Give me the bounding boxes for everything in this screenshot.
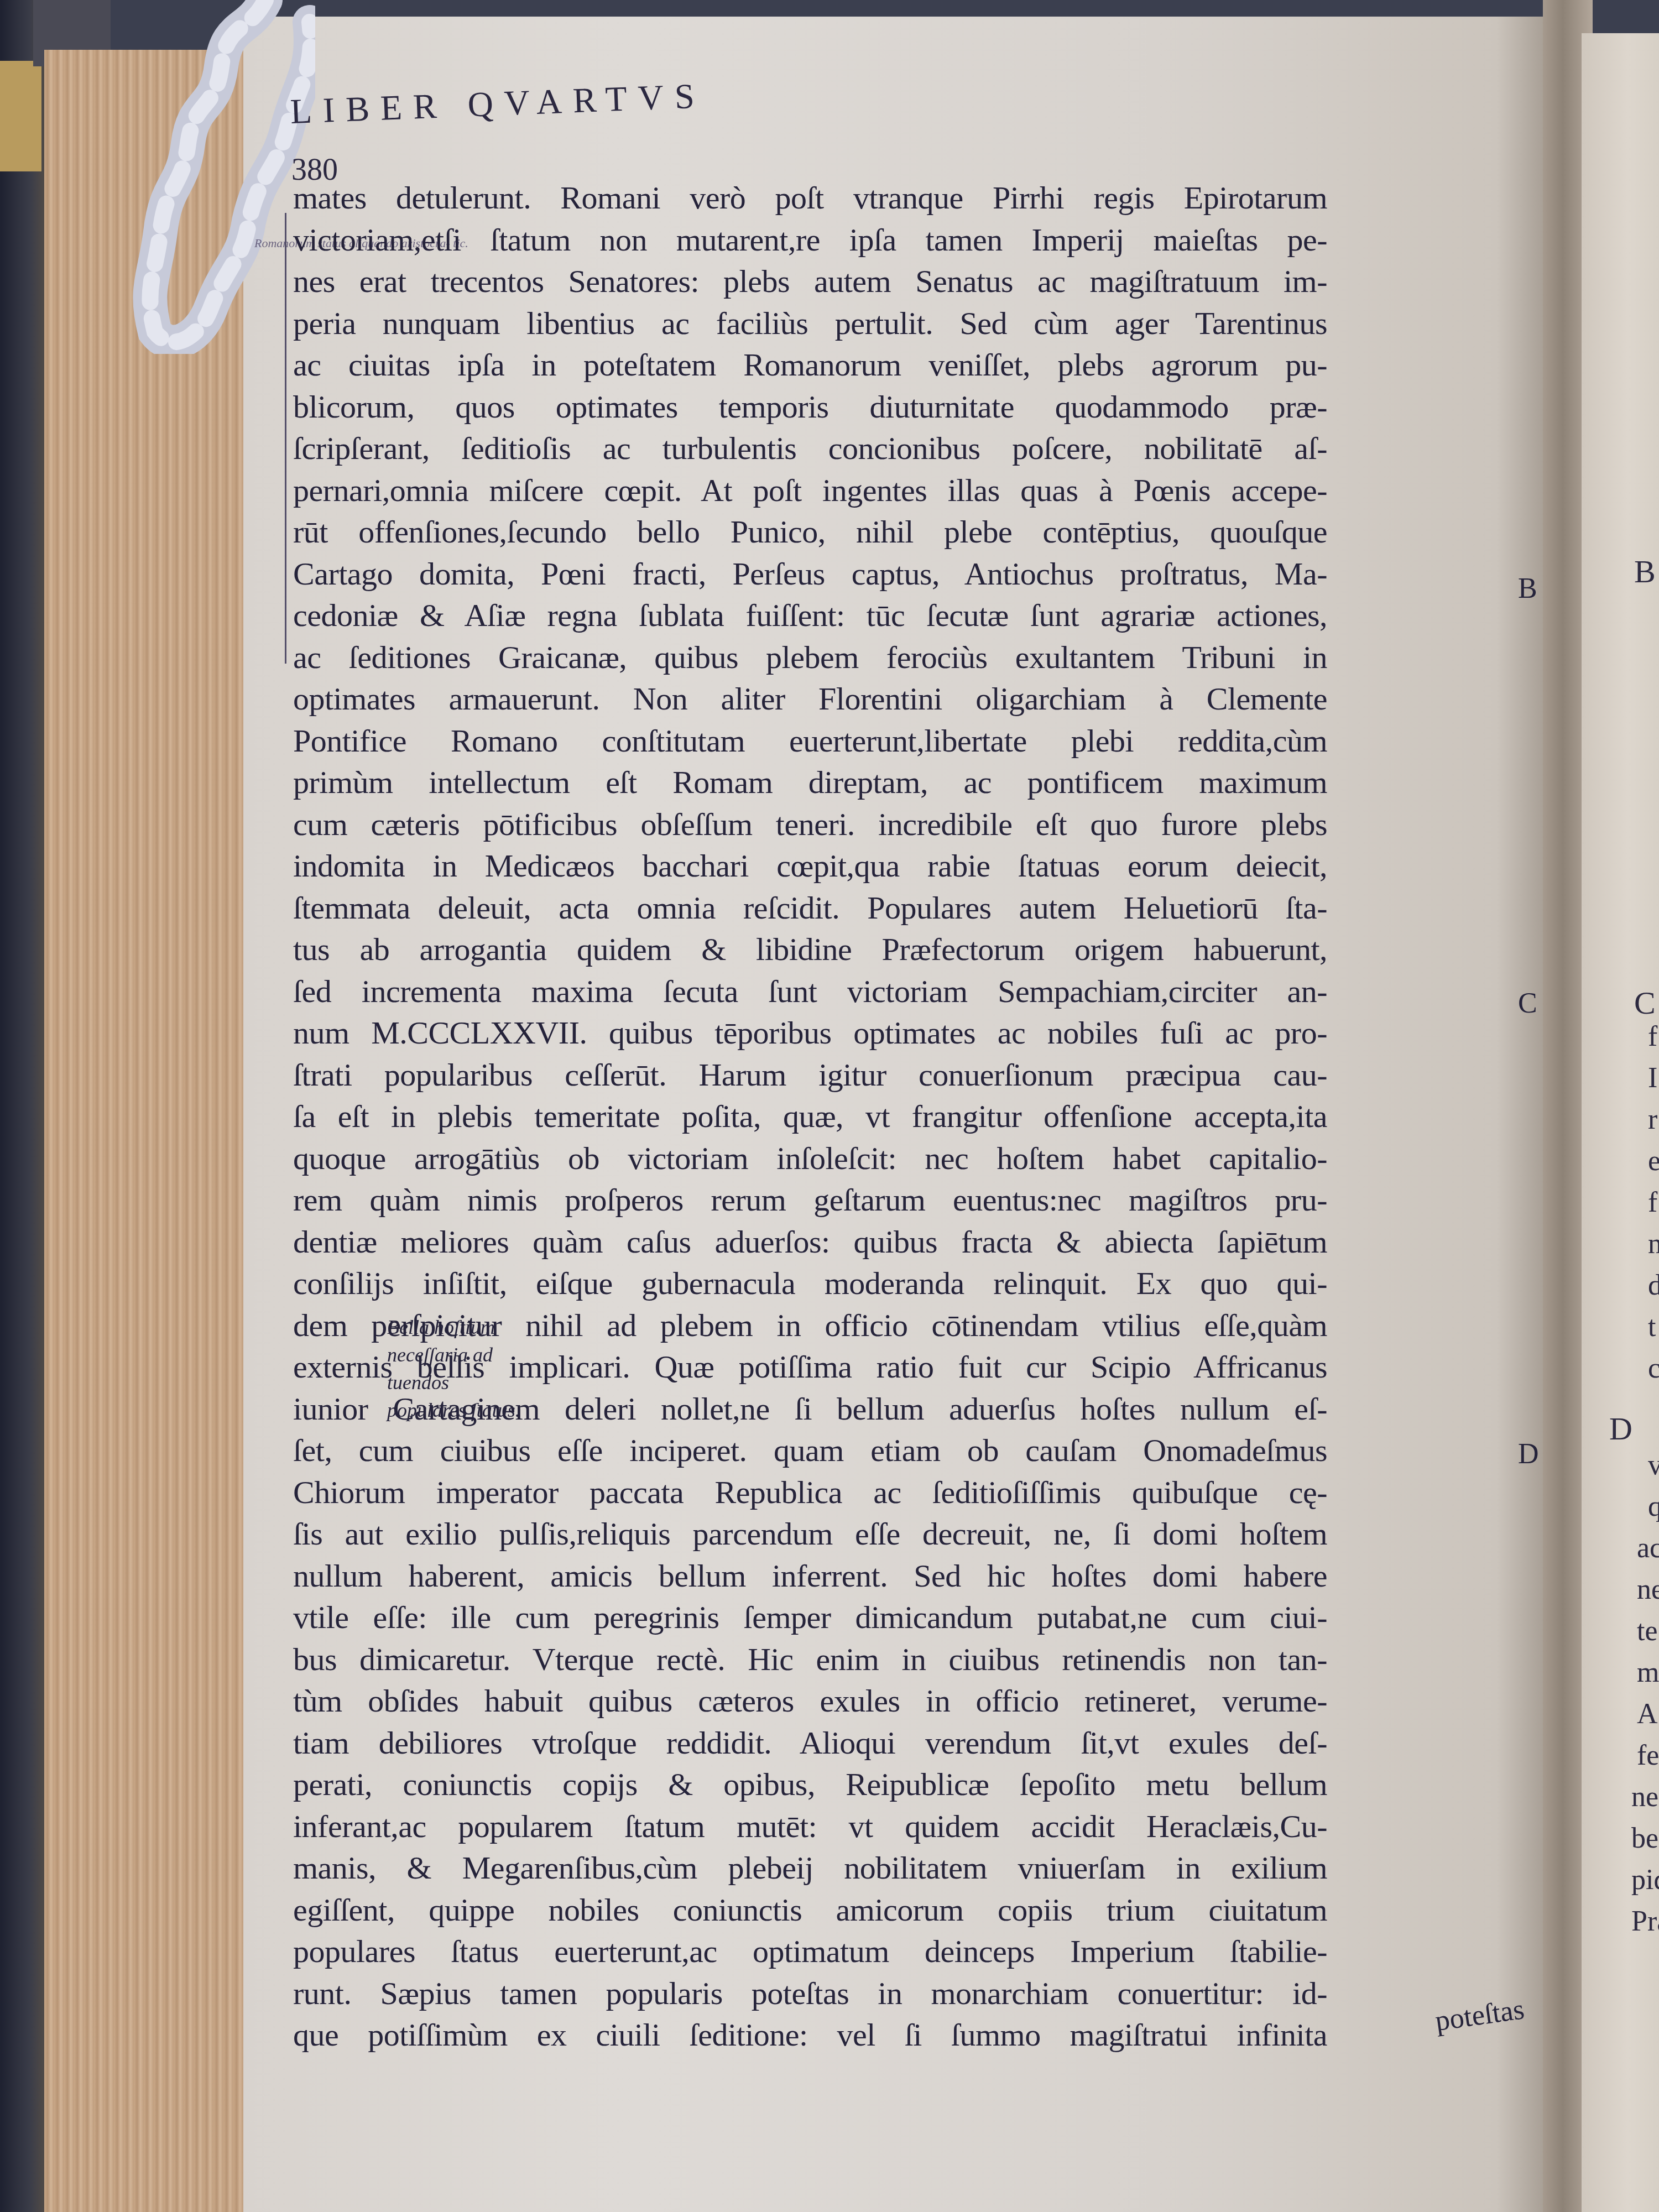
text-line: Chiorum imperator paccata Republica ac ſ… — [293, 1472, 1327, 1514]
text-line: ſis aut exilio pulſis,reliquis parcendum… — [293, 1513, 1327, 1555]
text-line: peria nunquam libentius ac faciliùs pert… — [293, 302, 1327, 345]
section-marker-b: B — [1518, 572, 1537, 605]
facing-text-fragment: pid — [1631, 1864, 1659, 1896]
text-line: ac ſeditiones Graicanæ, quibus plebem fe… — [293, 637, 1327, 679]
facing-text-fragment: Pra — [1631, 1905, 1659, 1938]
facing-text-fragment: ne — [1637, 1573, 1659, 1606]
text-line: blicorum, quos optimates temporis diutur… — [293, 386, 1327, 428]
text-line: vtile eſſe: ille cum peregrinis ſemper d… — [293, 1597, 1327, 1639]
facing-section-marker-b: B — [1634, 553, 1656, 590]
text-line: num M.CCCLXXVII. quibus tēporibus optima… — [293, 1012, 1327, 1054]
facing-section-marker-d: D — [1609, 1410, 1632, 1447]
text-line: ſed incrementa maxima ſecuta ſunt victor… — [293, 971, 1327, 1013]
facing-text-fragment: A — [1637, 1698, 1658, 1730]
facing-text-fragment: e — [1648, 1145, 1659, 1177]
text-line: perati, coniunctis copijs & opibus, Reip… — [293, 1764, 1327, 1806]
facing-text-fragment: c — [1648, 1352, 1659, 1385]
text-line: tùm obſides habuit quibus cæteros exules… — [293, 1680, 1327, 1722]
text-line: ſa eſt in plebis temeritate poſita, quæ,… — [293, 1095, 1327, 1138]
facing-text-fragment: d — [1648, 1269, 1659, 1302]
facing-text-fragment: m — [1637, 1656, 1659, 1689]
facing-text-fragment: ne — [1631, 1781, 1658, 1813]
text-line: rem quàm nimis proſperos rerum geſtarum … — [293, 1179, 1327, 1221]
facing-text-fragment: f — [1648, 1186, 1657, 1219]
text-line: victoriam,etſi ſtatum non mutarent,re ip… — [293, 219, 1327, 261]
text-line: dentiæ meliores quàm caſus aduerſos: qui… — [293, 1221, 1327, 1263]
text-line: optimates armauerunt. Non aliter Florent… — [293, 678, 1327, 720]
text-line: egiſſent, quippe nobiles coniunctis amic… — [293, 1889, 1327, 1931]
text-line: ac ciuitas ipſa in poteſtatem Romanorum … — [293, 344, 1327, 386]
facing-text-fragment: t — [1648, 1311, 1656, 1343]
facing-text-fragment: be — [1631, 1822, 1658, 1855]
text-line: bus dimicaretur. Vterque rectè. Hic enim… — [293, 1639, 1327, 1681]
cover-corner — [0, 61, 41, 171]
facing-text-fragment: ac — [1637, 1532, 1659, 1564]
text-line: que potiſſimùm ex ciuili ſeditione: vel … — [293, 2014, 1327, 2056]
facing-text-fragment: r — [1648, 1103, 1657, 1136]
body-text: mates detulerunt. Romani verò poſt vtran… — [293, 177, 1327, 2056]
text-line: conſilijs inſiſtit, eiſque gubernacula m… — [293, 1262, 1327, 1305]
text-line: rūt offenſiones,ſecundo bello Punico, ni… — [293, 511, 1327, 553]
text-line: tus ab arrogantia quidem & libidine Præf… — [293, 928, 1327, 971]
margin-note: Bella hoſtium neceſſaria ad tuendos popu… — [387, 1313, 531, 1424]
text-line: manis, & Megarenſibus,cùm plebeij nobili… — [293, 1847, 1327, 1889]
text-line: tiam debiliores vtroſque reddidit. Alioq… — [293, 1722, 1327, 1764]
section-marker-c: C — [1518, 987, 1537, 1020]
facing-text-fragment: v — [1648, 1449, 1659, 1481]
text-line: ſtrati popularibus ceſſerūt. Harum igitu… — [293, 1054, 1327, 1096]
text-line: Pontifice Romano conſtitutam euerterunt,… — [293, 720, 1327, 762]
text-line: populares ſtatus euerterunt,ac optimatum… — [293, 1931, 1327, 1973]
text-line: inferant,ac popularem ſtatum mutēt: vt q… — [293, 1806, 1327, 1848]
text-line: mates detulerunt. Romani verò poſt vtran… — [293, 177, 1327, 219]
facing-section-marker-c: C — [1634, 984, 1656, 1021]
text-line: pernari,omnia miſcere cœpit. At poſt ing… — [293, 469, 1327, 512]
facing-text-fragment: I — [1648, 1062, 1657, 1094]
text-line: Cartago domita, Pœni fracti, Perſeus cap… — [293, 553, 1327, 595]
facing-text-fragment: te — [1637, 1615, 1658, 1647]
text-line: nullum haberent, amicis bellum inferrent… — [293, 1555, 1327, 1597]
text-line: primùm intellectum eſt Romam direptam, a… — [293, 761, 1327, 804]
facing-text-fragment: fer — [1637, 1739, 1659, 1772]
facing-text-fragment: f — [1648, 1020, 1657, 1053]
text-line: runt. Sæpius tamen popularis poteſtas in… — [293, 1973, 1327, 2015]
text-line: nes erat trecentos Senatores: plebs aute… — [293, 260, 1327, 302]
page-block-fore-edge — [44, 50, 251, 2212]
facing-text-fragment: n — [1648, 1228, 1659, 1260]
book-cover-edge — [0, 0, 50, 2212]
text-line: cedoniæ & Aſiæ regna ſublata fuiſſent: t… — [293, 594, 1327, 637]
facing-text-fragment: q — [1648, 1490, 1659, 1523]
margin-bracket — [285, 213, 290, 664]
section-marker-d: D — [1518, 1438, 1539, 1470]
text-line: quoque arrogātiùs ob victoriam inſoleſci… — [293, 1138, 1327, 1180]
text-line: cum cæteris pōtificibus obſeſſum teneri.… — [293, 804, 1327, 846]
text-line: ſtemmata deleuit, acta omnia reſcidit. P… — [293, 887, 1327, 929]
text-line: ſet, cum ciuibus eſſe inciperet. quam et… — [293, 1430, 1327, 1472]
text-line: ſcripſerant, ſeditioſis ac turbulentis c… — [293, 427, 1327, 469]
facing-page-edge: B C D f I r e f n d t c v q ac ne te m A… — [1582, 33, 1659, 2212]
text-line: indomita in Medicæos bacchari cœpit,qua … — [293, 845, 1327, 887]
